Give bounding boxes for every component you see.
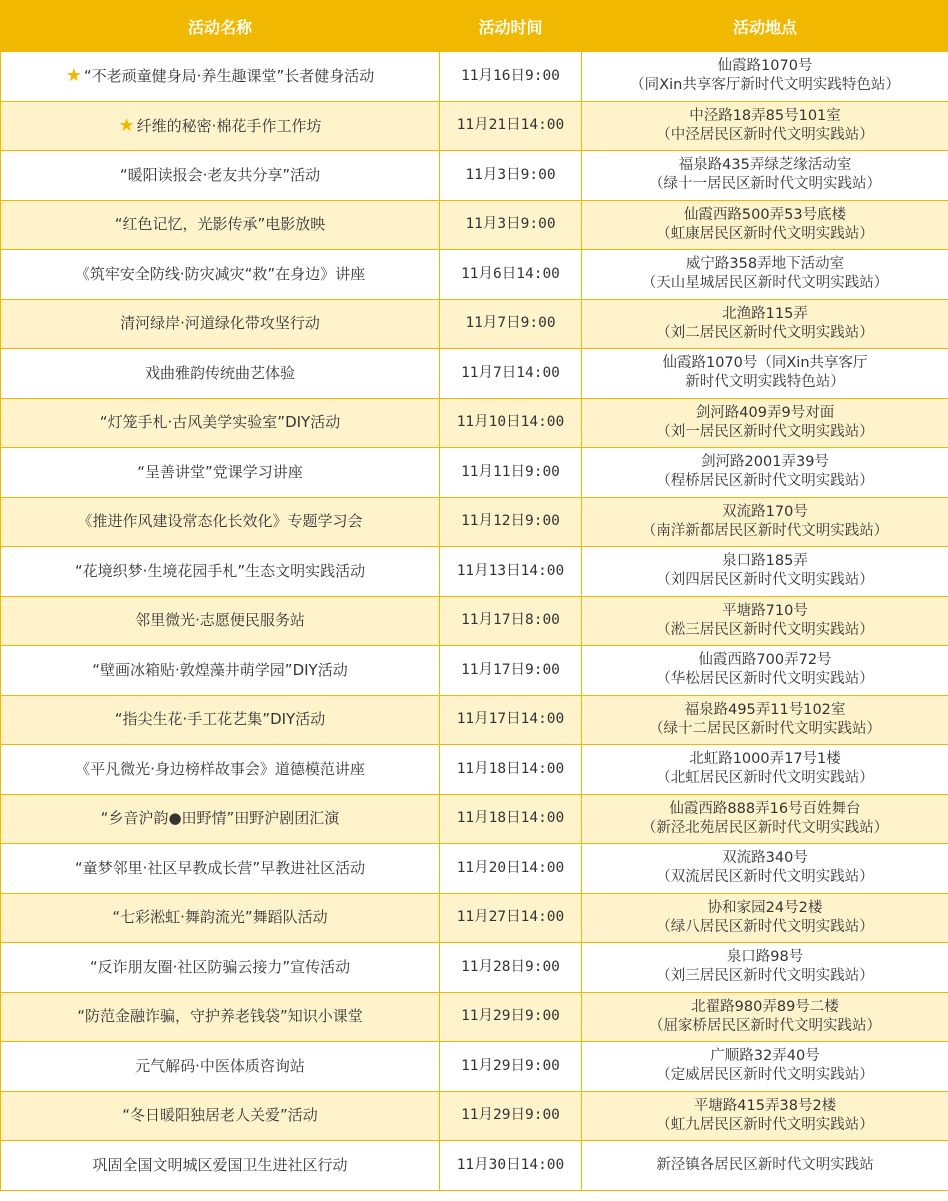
location-station: （华松居民区新时代文明实践站） bbox=[582, 670, 948, 689]
activity-name-cell: “乡音沪韵●田野情”田野沪剧团汇演 bbox=[1, 794, 440, 844]
location-address: 泉口路98号 bbox=[582, 948, 948, 967]
location-address: 剑河路2001弄39号 bbox=[582, 453, 948, 472]
activity-location-cell: 协和家园24号2楼（绿八居民区新时代文明实践站） bbox=[582, 893, 948, 943]
activity-time: 11月20日14:00 bbox=[440, 844, 582, 894]
activity-location-cell: 仙霞路1070号（同Xin共享客厅新时代文明实践特色站） bbox=[582, 349, 948, 399]
location-address: 泉口路185弄 bbox=[582, 552, 948, 571]
activity-location-cell: 剑河路409弄9号对面（刘一居民区新时代文明实践站） bbox=[582, 398, 948, 448]
activity-name: 纤维的秘密·棉花手作工作坊 bbox=[137, 117, 322, 135]
activity-name: “指尖生花·手工花艺集”DIY活动 bbox=[115, 710, 325, 728]
activity-name: “呈善讲堂”党课学习讲座 bbox=[137, 463, 303, 481]
activity-time: 11月29日9:00 bbox=[440, 1091, 582, 1141]
activity-name-cell: “童梦邻里·社区早教成长营”早教进社区活动 bbox=[1, 844, 440, 894]
activity-name-cell: “防范金融诈骗，守护养老钱袋”知识小课堂 bbox=[1, 992, 440, 1042]
activity-time: 11月18日14:00 bbox=[440, 794, 582, 844]
activity-name-cell: 邻里微光·志愿便民服务站 bbox=[1, 596, 440, 646]
activity-name: 元气解码·中医体质咨询站 bbox=[135, 1057, 305, 1075]
location-station: （刘一居民区新时代文明实践站） bbox=[582, 423, 948, 442]
location-station: （虹康居民区新时代文明实践站） bbox=[582, 225, 948, 244]
location-station: （北虹居民区新时代文明实践站） bbox=[582, 769, 948, 788]
table-row: “红色记忆，光影传承”电影放映 11月3日9:00 仙霞西路500弄53号底楼（… bbox=[1, 200, 948, 250]
location-address: 福泉路495弄11号102室 bbox=[582, 701, 948, 720]
location-station: （绿十二居民区新时代文明实践站） bbox=[582, 720, 948, 739]
activity-name: 《平凡微光·身边榜样故事会》道德模范讲座 bbox=[75, 760, 365, 778]
location-address: 北翟路980弄89号二楼 bbox=[582, 998, 948, 1017]
activity-location-cell: 仙霞西路888弄16号百姓舞台（新泾北苑居民区新时代文明实践站） bbox=[582, 794, 948, 844]
activity-time: 11月27日14:00 bbox=[440, 893, 582, 943]
activity-location-cell: 仙霞西路500弄53号底楼（虹康居民区新时代文明实践站） bbox=[582, 200, 948, 250]
location-address: 福泉路435弄绿芝缘活动室 bbox=[582, 156, 948, 175]
header-activity-location: 活动地点 bbox=[582, 1, 948, 52]
location-station: （绿十一居民区新时代文明实践站） bbox=[582, 175, 948, 194]
table-row: “呈善讲堂”党课学习讲座 11月11日9:00 剑河路2001弄39号（程桥居民… bbox=[1, 448, 948, 498]
activity-name: “壁画冰箱贴·敦煌藻井萌学园”DIY活动 bbox=[92, 661, 347, 679]
activity-name-cell: 清河绿岸·河道绿化带攻坚行动 bbox=[1, 299, 440, 349]
activity-time: 11月3日9:00 bbox=[440, 151, 582, 201]
activity-location-cell: 泉口路185弄（刘四居民区新时代文明实践站） bbox=[582, 547, 948, 597]
activity-name-cell: ★“不老顽童健身局·养生趣课堂”长者健身活动 bbox=[1, 52, 440, 102]
activity-name: “反诈朋友圈·社区防骗云接力”宣传活动 bbox=[90, 958, 350, 976]
activity-time: 11月29日9:00 bbox=[440, 1042, 582, 1092]
activity-name-cell: “反诈朋友圈·社区防骗云接力”宣传活动 bbox=[1, 943, 440, 993]
activity-name-cell: 元气解码·中医体质咨询站 bbox=[1, 1042, 440, 1092]
activity-schedule-table: 活动名称 活动时间 活动地点 ★“不老顽童健身局·养生趣课堂”长者健身活动 11… bbox=[0, 0, 948, 1191]
activity-time: 11月17日14:00 bbox=[440, 695, 582, 745]
table-row: “反诈朋友圈·社区防骗云接力”宣传活动 11月28日9:00 泉口路98号（刘三… bbox=[1, 943, 948, 993]
activity-location-cell: 仙霞西路700弄72号（华松居民区新时代文明实践站） bbox=[582, 646, 948, 696]
activity-location-cell: 平塘路710号（淞三居民区新时代文明实践站） bbox=[582, 596, 948, 646]
table-row: “花境织梦·生境花园手札”生态文明实践活动 11月13日14:00 泉口路185… bbox=[1, 547, 948, 597]
location-station: （刘三居民区新时代文明实践站） bbox=[582, 967, 948, 986]
location-address: 仙霞路1070号（同Xin共享客厅 bbox=[582, 354, 948, 373]
table-row: “乡音沪韵●田野情”田野沪剧团汇演 11月18日14:00 仙霞西路888弄16… bbox=[1, 794, 948, 844]
activity-time: 11月13日14:00 bbox=[440, 547, 582, 597]
activity-name-cell: “呈善讲堂”党课学习讲座 bbox=[1, 448, 440, 498]
activity-name: “七彩淞虹·舞韵流光”舞蹈队活动 bbox=[112, 908, 327, 926]
activity-location-cell: 新泾镇各居民区新时代文明实践站 bbox=[582, 1141, 948, 1191]
location-station: （同Xin共享客厅新时代文明实践特色站） bbox=[582, 76, 948, 95]
activity-name-cell: “冬日暖阳独居老人关爱”活动 bbox=[1, 1091, 440, 1141]
table-row: “指尖生花·手工花艺集”DIY活动 11月17日14:00 福泉路495弄11号… bbox=[1, 695, 948, 745]
location-address: 剑河路409弄9号对面 bbox=[582, 404, 948, 423]
activity-time: 11月6日14:00 bbox=[440, 250, 582, 300]
activity-time: 11月21日14:00 bbox=[440, 101, 582, 151]
location-address: 仙霞西路700弄72号 bbox=[582, 651, 948, 670]
activity-name-cell: “灯笼手札·古风美学实验室”DIY活动 bbox=[1, 398, 440, 448]
location-station: 新时代文明实践特色站） bbox=[582, 373, 948, 392]
activity-name: 邻里微光·志愿便民服务站 bbox=[135, 611, 305, 629]
star-icon: ★ bbox=[66, 65, 82, 86]
activity-name-cell: “指尖生花·手工花艺集”DIY活动 bbox=[1, 695, 440, 745]
activity-name: “不老顽童健身局·养生趣课堂”长者健身活动 bbox=[84, 67, 374, 85]
location-station: （定威居民区新时代文明实践站） bbox=[582, 1066, 948, 1085]
location-address: 北虹路1000弄17号1楼 bbox=[582, 750, 948, 769]
activity-time: 11月10日14:00 bbox=[440, 398, 582, 448]
activity-name: “乡音沪韵●田野情”田野沪剧团汇演 bbox=[101, 809, 340, 827]
location-address: 平塘路710号 bbox=[582, 602, 948, 621]
activity-location-cell: 北虹路1000弄17号1楼（北虹居民区新时代文明实践站） bbox=[582, 745, 948, 795]
activity-name: “防范金融诈骗，守护养老钱袋”知识小课堂 bbox=[77, 1007, 363, 1025]
activity-name-cell: ★纤维的秘密·棉花手作工作坊 bbox=[1, 101, 440, 151]
table-row: ★“不老顽童健身局·养生趣课堂”长者健身活动 11月16日9:00 仙霞路107… bbox=[1, 52, 948, 102]
table-row: “童梦邻里·社区早教成长营”早教进社区活动 11月20日14:00 双流路340… bbox=[1, 844, 948, 894]
location-address: 威宁路358弄地下活动室 bbox=[582, 255, 948, 274]
activity-name: 巩固全国文明城区爱国卫生进社区行动 bbox=[92, 1156, 347, 1174]
location-station: （南洋新都居民区新时代文明实践站） bbox=[582, 522, 948, 541]
activity-name: 戏曲雅韵传统曲艺体验 bbox=[145, 364, 295, 382]
table-row: “冬日暖阳独居老人关爱”活动 11月29日9:00 平塘路415弄38号2楼（虹… bbox=[1, 1091, 948, 1141]
location-address: 广顺路32弄40号 bbox=[582, 1047, 948, 1066]
activity-name: “冬日暖阳独居老人关爱”活动 bbox=[122, 1106, 318, 1124]
table-row: “防范金融诈骗，守护养老钱袋”知识小课堂 11月29日9:00 北翟路980弄8… bbox=[1, 992, 948, 1042]
location-station: （刘四居民区新时代文明实践站） bbox=[582, 571, 948, 590]
table-row: 《推进作风建设常态化长效化》专题学习会 11月12日9:00 双流路170号（南… bbox=[1, 497, 948, 547]
table-row: ★纤维的秘密·棉花手作工作坊 11月21日14:00 中泾路18弄85号101室… bbox=[1, 101, 948, 151]
location-address: 双流路170号 bbox=[582, 503, 948, 522]
location-station: （双流居民区新时代文明实践站） bbox=[582, 868, 948, 887]
activity-name-cell: 《筑牢安全防线·防灾减灾“救”在身边》讲座 bbox=[1, 250, 440, 300]
activity-time: 11月7日14:00 bbox=[440, 349, 582, 399]
activity-location-cell: 剑河路2001弄39号（程桥居民区新时代文明实践站） bbox=[582, 448, 948, 498]
activity-location-cell: 福泉路435弄绿芝缘活动室（绿十一居民区新时代文明实践站） bbox=[582, 151, 948, 201]
location-station: （新泾北苑居民区新时代文明实践站） bbox=[582, 819, 948, 838]
activity-name: “红色记忆，光影传承”电影放映 bbox=[115, 215, 326, 233]
table-body: ★“不老顽童健身局·养生趣课堂”长者健身活动 11月16日9:00 仙霞路107… bbox=[1, 52, 948, 1191]
activity-location-cell: 北翟路980弄89号二楼（屈家桥居民区新时代文明实践站） bbox=[582, 992, 948, 1042]
location-address: 中泾路18弄85号101室 bbox=[582, 107, 948, 126]
table-row: “暖阳读报会·老友共分享”活动 11月3日9:00 福泉路435弄绿芝缘活动室（… bbox=[1, 151, 948, 201]
activity-name-cell: “红色记忆，光影传承”电影放映 bbox=[1, 200, 440, 250]
activity-name-cell: “壁画冰箱贴·敦煌藻井萌学园”DIY活动 bbox=[1, 646, 440, 696]
star-icon: ★ bbox=[119, 115, 135, 136]
activity-name: 《推进作风建设常态化长效化》专题学习会 bbox=[77, 512, 362, 530]
activity-name-cell: 戏曲雅韵传统曲艺体验 bbox=[1, 349, 440, 399]
activity-time: 11月29日9:00 bbox=[440, 992, 582, 1042]
location-station: （淞三居民区新时代文明实践站） bbox=[582, 621, 948, 640]
location-address: 协和家园24号2楼 bbox=[582, 899, 948, 918]
location-address: 仙霞西路500弄53号底楼 bbox=[582, 206, 948, 225]
location-address: 仙霞路1070号 bbox=[582, 57, 948, 76]
activity-location-cell: 威宁路358弄地下活动室（天山星城居民区新时代文明实践站） bbox=[582, 250, 948, 300]
activity-location-cell: 中泾路18弄85号101室（中泾居民区新时代文明实践站） bbox=[582, 101, 948, 151]
activity-time: 11月17日9:00 bbox=[440, 646, 582, 696]
location-address: 双流路340号 bbox=[582, 849, 948, 868]
location-address: 新泾镇各居民区新时代文明实践站 bbox=[582, 1156, 948, 1175]
activity-time: 11月11日9:00 bbox=[440, 448, 582, 498]
activity-location-cell: 仙霞路1070号（同Xin共享客厅新时代文明实践特色站） bbox=[582, 52, 948, 102]
location-station: （绿八居民区新时代文明实践站） bbox=[582, 918, 948, 937]
activity-time: 11月12日9:00 bbox=[440, 497, 582, 547]
activity-time: 11月18日14:00 bbox=[440, 745, 582, 795]
table-row: 《筑牢安全防线·防灾减灾“救”在身边》讲座 11月6日14:00 威宁路358弄… bbox=[1, 250, 948, 300]
activity-time: 11月16日9:00 bbox=[440, 52, 582, 102]
location-station: （屈家桥居民区新时代文明实践站） bbox=[582, 1017, 948, 1036]
location-station: （刘二居民区新时代文明实践站） bbox=[582, 324, 948, 343]
table-row: 《平凡微光·身边榜样故事会》道德模范讲座 11月18日14:00 北虹路1000… bbox=[1, 745, 948, 795]
activity-location-cell: 双流路340号（双流居民区新时代文明实践站） bbox=[582, 844, 948, 894]
activity-time: 11月28日9:00 bbox=[440, 943, 582, 993]
location-address: 平塘路415弄38号2楼 bbox=[582, 1097, 948, 1116]
location-station: （程桥居民区新时代文明实践站） bbox=[582, 472, 948, 491]
activity-name-cell: 《平凡微光·身边榜样故事会》道德模范讲座 bbox=[1, 745, 440, 795]
activity-location-cell: 福泉路495弄11号102室（绿十二居民区新时代文明实践站） bbox=[582, 695, 948, 745]
activity-name: “暖阳读报会·老友共分享”活动 bbox=[120, 166, 320, 184]
activity-time: 11月30日14:00 bbox=[440, 1141, 582, 1191]
location-station: （天山星城居民区新时代文明实践站） bbox=[582, 274, 948, 293]
activity-name: “童梦邻里·社区早教成长营”早教进社区活动 bbox=[75, 859, 365, 877]
activity-location-cell: 双流路170号（南洋新都居民区新时代文明实践站） bbox=[582, 497, 948, 547]
activity-location-cell: 广顺路32弄40号（定威居民区新时代文明实践站） bbox=[582, 1042, 948, 1092]
activity-name-cell: “暖阳读报会·老友共分享”活动 bbox=[1, 151, 440, 201]
activity-time: 11月7日9:00 bbox=[440, 299, 582, 349]
location-address: 北渔路115弄 bbox=[582, 305, 948, 324]
header-activity-name: 活动名称 bbox=[1, 1, 440, 52]
activity-time: 11月3日9:00 bbox=[440, 200, 582, 250]
header-activity-time: 活动时间 bbox=[440, 1, 582, 52]
activity-name: “花境织梦·生境花园手札”生态文明实践活动 bbox=[75, 562, 365, 580]
table-row: 巩固全国文明城区爱国卫生进社区行动 11月30日14:00 新泾镇各居民区新时代… bbox=[1, 1141, 948, 1191]
activity-name: “灯笼手札·古风美学实验室”DIY活动 bbox=[100, 413, 340, 431]
activity-name-cell: 巩固全国文明城区爱国卫生进社区行动 bbox=[1, 1141, 440, 1191]
activity-location-cell: 北渔路115弄（刘二居民区新时代文明实践站） bbox=[582, 299, 948, 349]
activity-time: 11月17日8:00 bbox=[440, 596, 582, 646]
activity-name: 清河绿岸·河道绿化带攻坚行动 bbox=[120, 314, 320, 332]
location-address: 仙霞西路888弄16号百姓舞台 bbox=[582, 800, 948, 819]
table-row: 邻里微光·志愿便民服务站 11月17日8:00 平塘路710号（淞三居民区新时代… bbox=[1, 596, 948, 646]
activity-location-cell: 泉口路98号（刘三居民区新时代文明实践站） bbox=[582, 943, 948, 993]
activity-location-cell: 平塘路415弄38号2楼（虹九居民区新时代文明实践站） bbox=[582, 1091, 948, 1141]
table-row: “壁画冰箱贴·敦煌藻井萌学园”DIY活动 11月17日9:00 仙霞西路700弄… bbox=[1, 646, 948, 696]
table-row: 戏曲雅韵传统曲艺体验 11月7日14:00 仙霞路1070号（同Xin共享客厅新… bbox=[1, 349, 948, 399]
location-station: （中泾居民区新时代文明实践站） bbox=[582, 126, 948, 145]
table-row: 元气解码·中医体质咨询站 11月29日9:00 广顺路32弄40号（定威居民区新… bbox=[1, 1042, 948, 1092]
activity-name: 《筑牢安全防线·防灾减灾“救”在身边》讲座 bbox=[75, 265, 365, 283]
location-station: （虹九居民区新时代文明实践站） bbox=[582, 1116, 948, 1135]
table-row: “七彩淞虹·舞韵流光”舞蹈队活动 11月27日14:00 协和家园24号2楼（绿… bbox=[1, 893, 948, 943]
activity-name-cell: “七彩淞虹·舞韵流光”舞蹈队活动 bbox=[1, 893, 440, 943]
activity-name-cell: 《推进作风建设常态化长效化》专题学习会 bbox=[1, 497, 440, 547]
table-row: 清河绿岸·河道绿化带攻坚行动 11月7日9:00 北渔路115弄（刘二居民区新时… bbox=[1, 299, 948, 349]
activity-name-cell: “花境织梦·生境花园手札”生态文明实践活动 bbox=[1, 547, 440, 597]
header-row: 活动名称 活动时间 活动地点 bbox=[1, 1, 948, 52]
table-row: “灯笼手札·古风美学实验室”DIY活动 11月10日14:00 剑河路409弄9… bbox=[1, 398, 948, 448]
